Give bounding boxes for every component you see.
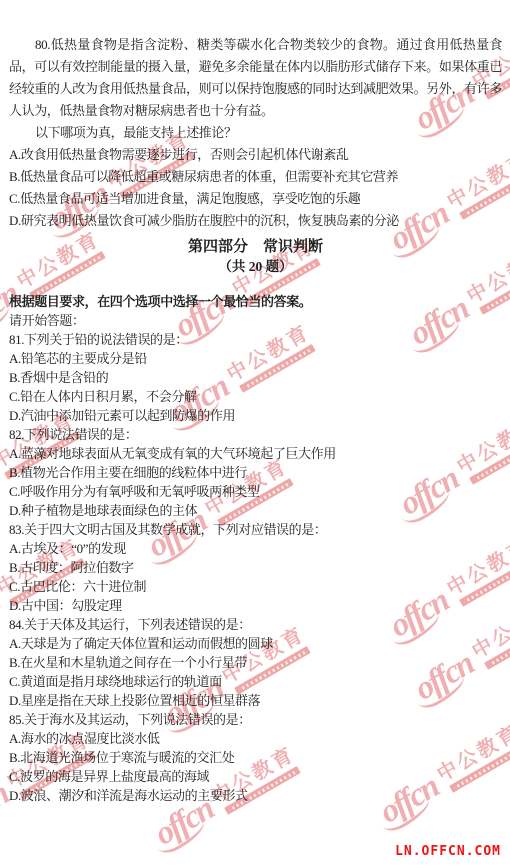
question-85-block: 85.关于海水及其运动，下列说法错误的是： A.海水的冰点湿度比淡水低 B.北海… xyxy=(9,710,502,805)
question-82-option-c: C.呼吸作用分为有氧呼吸和无氧呼吸两种类型 xyxy=(9,482,502,501)
question-81-option-c: C.铅在人体内日积月累，不会分解 xyxy=(9,387,502,406)
exam-content: 80.低热量食物是指含淀粉、糖类等碳水化合物类较少的食物。通过食用低热量食品，可… xyxy=(0,0,510,805)
question-80-option-a: A.改食用低热量食物需要逐步进行，否则会引起机体代谢紊乱 xyxy=(9,144,502,166)
question-85-option-c: C.波罗的海是异界上盐度最高的海域 xyxy=(9,767,502,786)
question-83-stem: 83.关于四大文明古国及其数学成就，下列对应错误的是： xyxy=(9,520,502,539)
question-84-block: 84.关于天体及其运行，下列表述错误的是： A.天球是为了确定天体位置和运动而假… xyxy=(9,615,502,710)
question-85-option-d: D.波浪、潮汐和洋流是海水运动的主要形式 xyxy=(9,786,502,805)
question-82-option-a: A.蓝藻对地球表面从无氧变成有氧的大气环境起了巨大作用 xyxy=(9,444,502,463)
question-81-option-b: B.香烟中是含铅的 xyxy=(9,368,502,387)
question-84-stem: 84.关于天体及其运行，下列表述错误的是： xyxy=(9,615,502,634)
question-83-option-c: C.古巴比伦：六十进位制 xyxy=(9,577,502,596)
question-85-option-b: B.北海道光渔场位于寒流与暖流的交汇处 xyxy=(9,748,502,767)
section-question-count: （共 20 题） xyxy=(9,257,502,276)
question-80-stem: 80.低热量食物是指含淀粉、糖类等碳水化合物类较少的食物。通过食用低热量食品，可… xyxy=(9,34,502,122)
question-82-block: 82.下列说法错误的是： A.蓝藻对地球表面从无氧变成有氧的大气环境起了巨大作用… xyxy=(9,425,502,520)
scanned-exam-page: offcn 中公教育 offcn 中公教育 offcn 中公教育 offcn 中… xyxy=(0,0,510,866)
question-83-block: 83.关于四大文明古国及其数学成就，下列对应错误的是： A.古埃及：“0”的发现… xyxy=(9,520,502,615)
question-84-option-a: A.天球是为了确定天体位置和运动而假想的圆球 xyxy=(9,634,502,653)
question-84-option-d: D.星座是指在天球上投影位置相近的恒星群落 xyxy=(9,691,502,710)
question-82-option-d: D.种子植物是地球表面绿色的主体 xyxy=(9,501,502,520)
question-81-stem: 81.下列关于铅的说法错误的是： xyxy=(9,330,502,349)
question-80-option-c: C.低热量食品可适当增加进食量，满足饱腹感，享受吃饱的乐趣 xyxy=(9,188,502,210)
question-85-option-a: A.海水的冰点湿度比淡水低 xyxy=(9,729,502,748)
question-85-stem: 85.关于海水及其运动，下列说法错误的是： xyxy=(9,710,502,729)
question-82-option-b: B.植物光合作用主要在细胞的线粒体中进行 xyxy=(9,463,502,482)
question-80-block: 80.低热量食物是指含淀粉、糖类等碳水化合物类较少的食物。通过食用低热量食品，可… xyxy=(9,34,502,232)
footer-site-url: LN.OFFCN.COM xyxy=(395,844,501,859)
question-81-block: 81.下列关于铅的说法错误的是： A.铅笔芯的主要成分是铅 B.香烟中是含铅的 … xyxy=(9,330,502,425)
begin-answer-prompt: 请开始答题： xyxy=(9,311,502,330)
question-83-option-a: A.古埃及：“0”的发现 xyxy=(9,539,502,558)
question-84-option-b: B.在火星和木星轨道之间存在一个小行星带 xyxy=(9,653,502,672)
section-instruction: 根据题目要求，在四个选项中选择一个最恰当的答案。 xyxy=(9,292,502,311)
question-84-option-c: C.黄道面是指月球绕地球运行的轨道面 xyxy=(9,672,502,691)
question-80-option-d: D.研究表明低热量饮食可减少脂肪在腹腔中的沉积，恢复胰岛素的分泌 xyxy=(9,210,502,232)
question-80-option-b: B.低热量食品可以降低超重或糖尿病患者的体重，但需要补充其它营养 xyxy=(9,166,502,188)
question-83-option-b: B.古印度：阿拉伯数字 xyxy=(9,558,502,577)
question-80-prompt: 以下哪项为真，最能支持上述推论？ xyxy=(9,122,502,144)
question-81-option-d: D.汽油中添加铅元素可以起到防爆的作用 xyxy=(9,406,502,425)
section-title: 第四部分 常识判断 xyxy=(9,237,502,257)
question-82-stem: 82.下列说法错误的是： xyxy=(9,425,502,444)
question-83-option-d: D.古中国：勾股定理 xyxy=(9,596,502,615)
question-81-option-a: A.铅笔芯的主要成分是铅 xyxy=(9,349,502,368)
